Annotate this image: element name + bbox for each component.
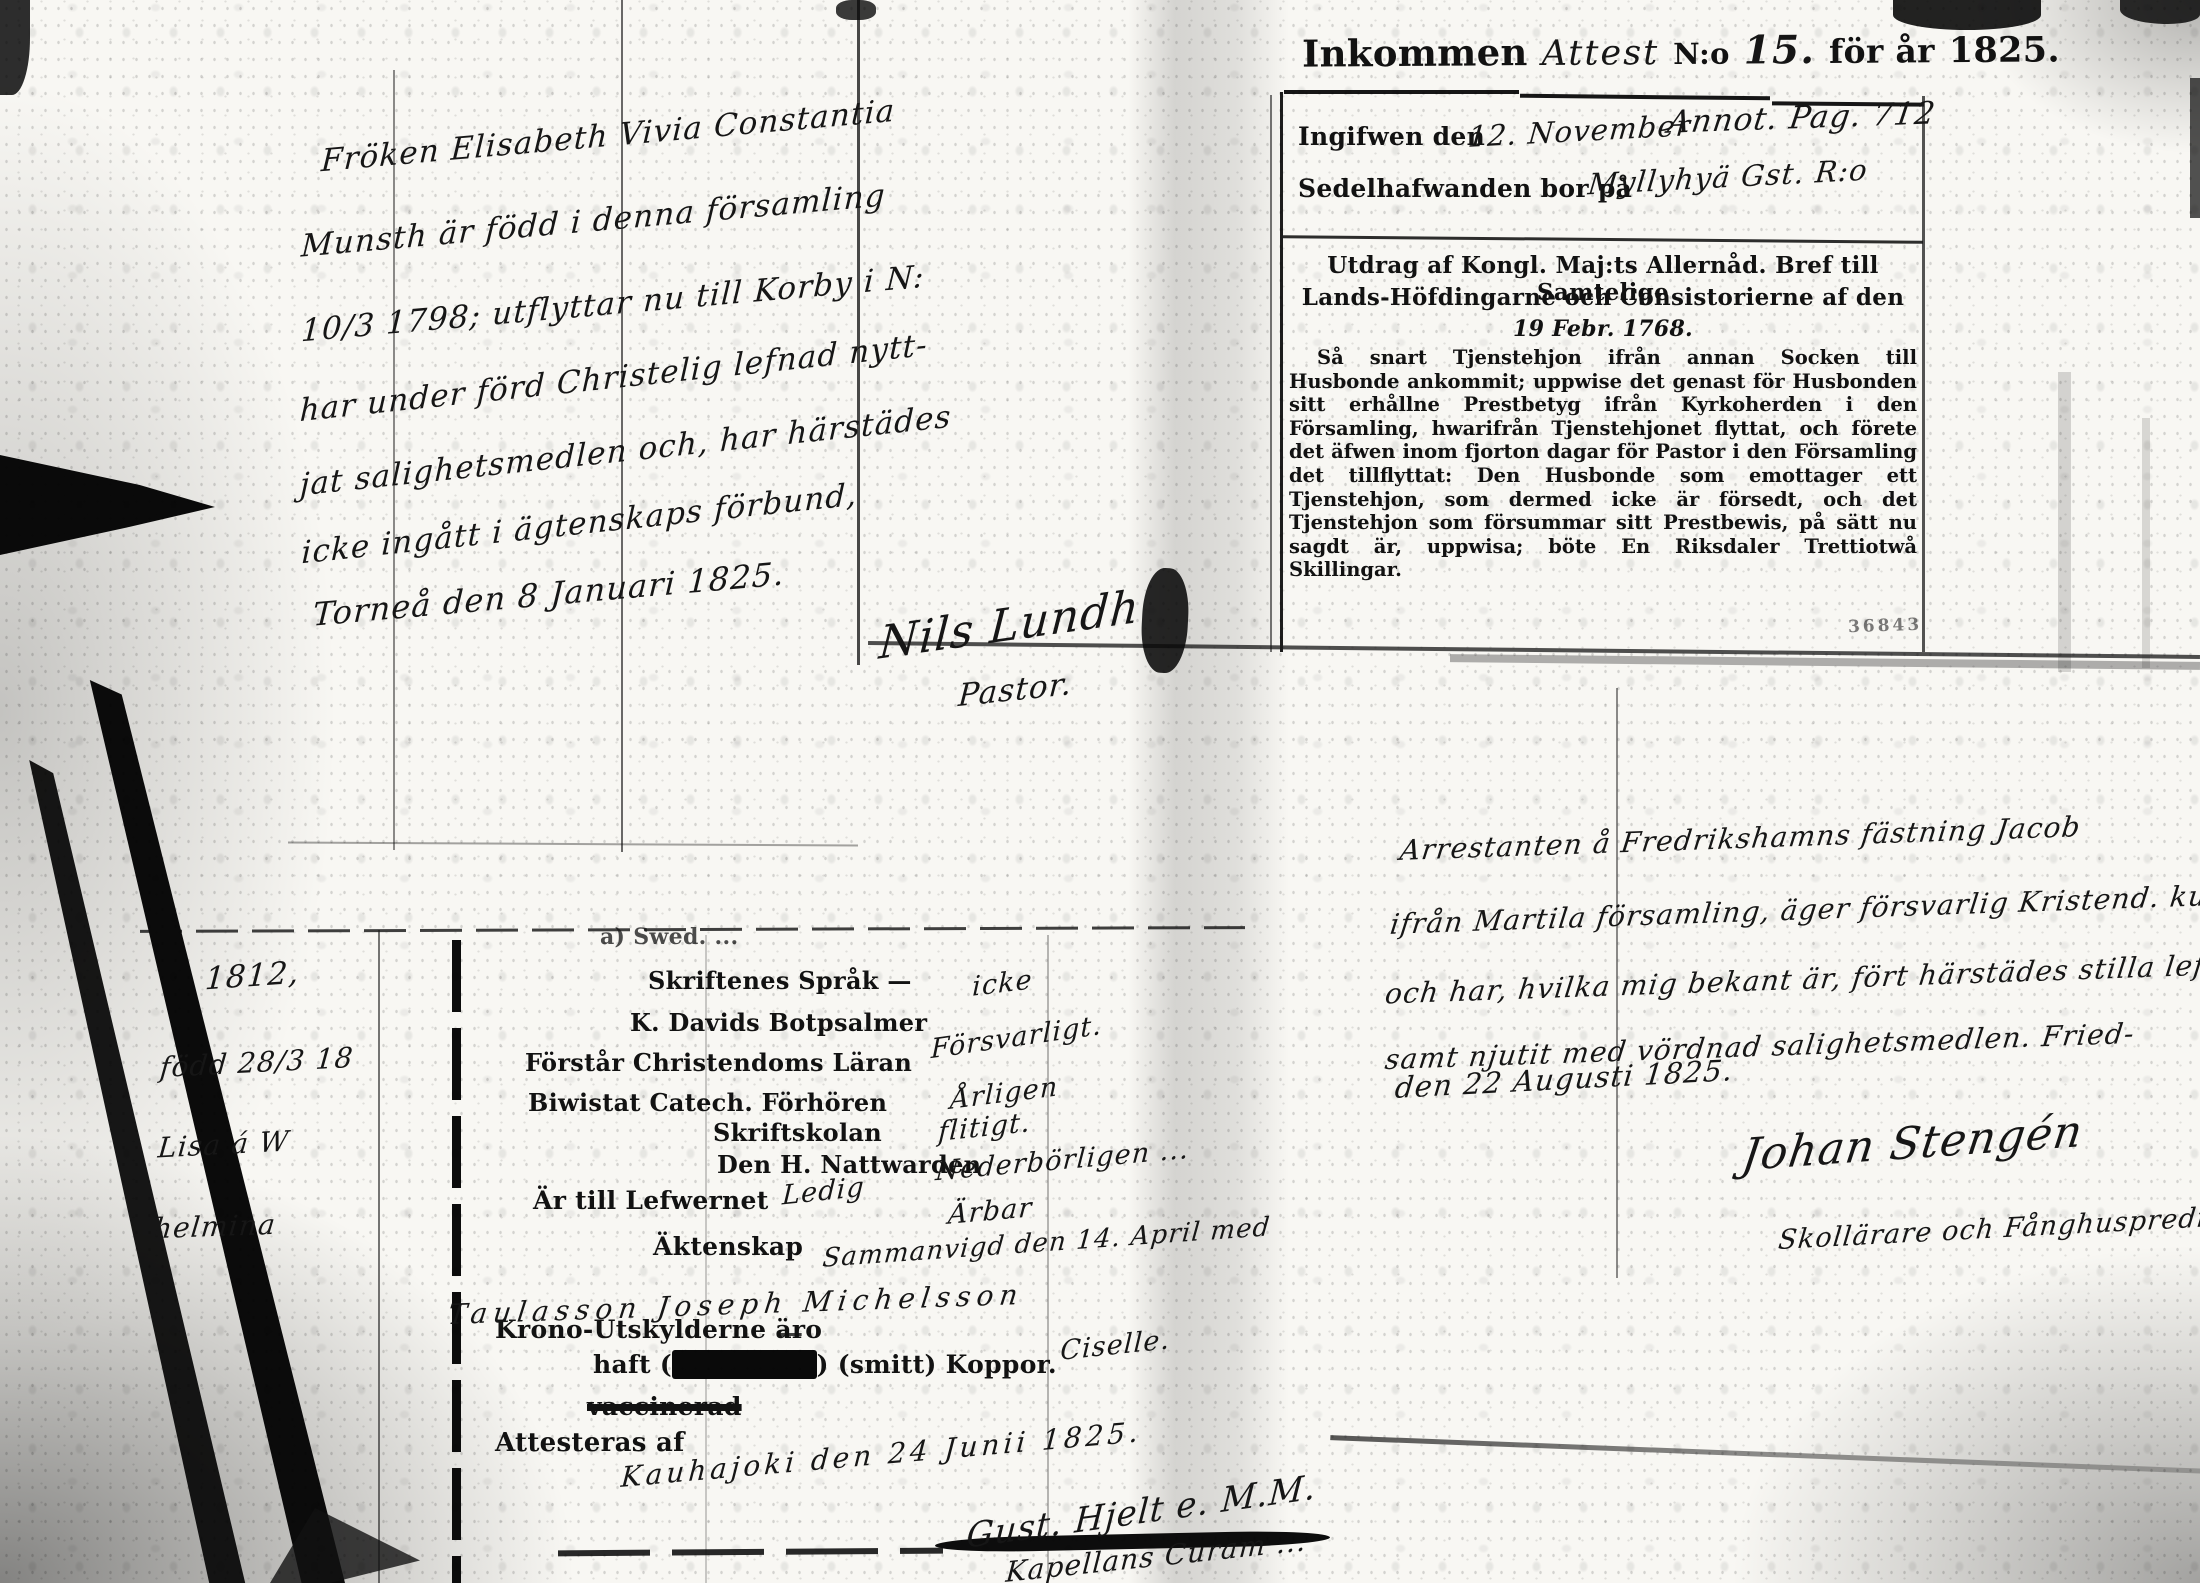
- bottom-dashes: [558, 1548, 943, 1557]
- form-label-pox: haft (naturliga) (smitt) Koppor.: [593, 1350, 1057, 1379]
- answer-taxes: Ciselle.: [1059, 1324, 1171, 1367]
- bearer-value: Myllyhyä Gst. R:o: [1586, 153, 1869, 202]
- attest-box-left: [1280, 92, 1283, 652]
- note-line: Arrestanten å Fredrikshamns fästning Jac…: [1398, 810, 2083, 867]
- extract-heading-2: Lands-Höfdingarne och Consistorierne af …: [1283, 284, 1923, 311]
- right-edge-strip: [2190, 78, 2200, 218]
- margin-note: 1812,: [204, 955, 301, 998]
- bottom-right-fold-line: [1330, 1435, 2200, 1474]
- bearer-label: Sedelhafwanden bor på: [1298, 174, 1632, 203]
- right-edge-smear-2: [2142, 418, 2150, 668]
- answer-doctrine: Försvarligt.: [931, 1010, 1103, 1065]
- stray-number: 36843: [1848, 615, 1923, 638]
- form-label-taxes-dash: —: [778, 1318, 803, 1347]
- form-label-attested: Attesteras af: [495, 1428, 685, 1458]
- form-label-psalms: K. Davids Botpsalmer: [630, 1008, 927, 1037]
- note-line: ifrån Martila församling, äger försvarli…: [1388, 878, 2200, 941]
- letter-bottom-line: [288, 842, 858, 847]
- archival-scan-page: Fröken Elisabeth Vivia Constantia Munsth…: [0, 0, 2200, 1583]
- form-label-confirmation: Skriftskolan: [713, 1118, 882, 1147]
- top-left-corner-mark: [0, 0, 30, 95]
- margin-note: helmina: [152, 1208, 278, 1245]
- form-label-conduct: Är till Lefwernet: [533, 1186, 769, 1215]
- extract-heading-3: 19 Febr. 1768.: [1283, 316, 1923, 342]
- form-dashed-rule: [452, 940, 461, 1583]
- form-label-doctrine: Förstår Christendoms Läran: [525, 1048, 912, 1077]
- attest-title-no-value: 15.: [1743, 27, 1815, 73]
- attest-title-word1: Inkommen: [1302, 30, 1528, 76]
- letter-date-line: Torneå den 8 Januari 1825.: [312, 554, 786, 634]
- answer-attested-place: Kauhajoki den 24 Junii 1825.: [620, 1415, 1143, 1494]
- attest-box-inner-rule: [1283, 235, 1923, 244]
- form-partial-label: a) Swed. ...: [600, 924, 738, 950]
- answer-psalms: icke: [972, 964, 1034, 1003]
- margin-note: Lisa á W: [157, 1124, 291, 1164]
- attest-title-word2: Attest: [1542, 33, 1660, 74]
- top-center-mark: [836, 0, 876, 20]
- pox-label-post: ) (smitt) Koppor.: [817, 1350, 1057, 1379]
- letter-signature-title: Pastor.: [957, 666, 1074, 714]
- form-label-vaccinated: vaccinerad: [587, 1392, 742, 1421]
- note-signature-title: Skollärare och Fånghuspredikant: [1777, 1199, 2200, 1256]
- form-label-marriage: Äktenskap: [653, 1232, 803, 1261]
- pox-label-pre: haft (: [593, 1350, 672, 1379]
- attest-box-top-seg2: [1520, 94, 1770, 101]
- pox-redacted-word: naturliga: [672, 1350, 817, 1379]
- spine-ink-blob: [1139, 567, 1190, 674]
- attest-title-mid: för år: [1829, 31, 1935, 71]
- received-value: 12. November: [1467, 108, 1693, 154]
- left-edge-blob: [0, 455, 215, 555]
- annotation-note: Annot. Pag. 712: [1666, 95, 1939, 141]
- attest-title-no-label: N:o: [1673, 37, 1730, 71]
- right-edge-smear-1: [2058, 372, 2071, 672]
- top-right-blob-2: [2120, 0, 2200, 24]
- letter-signature: Nils Lundh: [877, 579, 1141, 670]
- note-signature: Johan Stengén: [1739, 1106, 2087, 1181]
- attest-box-right: [1922, 96, 1925, 652]
- letter-line: Munsth är född i denna församling: [300, 177, 887, 264]
- attest-box-top-seg1: [1284, 90, 1519, 94]
- attest-title-year: 1825.: [1949, 29, 2060, 71]
- received-label: Ingifwen den: [1298, 122, 1485, 151]
- form-label-catechism: Biwistat Catech. Förhören: [528, 1088, 887, 1117]
- attest-box-left-outer: [1270, 95, 1272, 652]
- form-thin-rule: [378, 930, 380, 1583]
- note-line: och har, hvilka mig bekant är, fört härs…: [1383, 948, 2200, 1010]
- extract-body: Så snart Tjenstehjon ifrån annan Socken …: [1289, 346, 1917, 582]
- answer-conduct-2: Ärbar: [947, 1192, 1034, 1231]
- attest-title: Inkommen Attest N:o 15. för år 1825.: [1302, 25, 2060, 76]
- form-label-language: Skriftenes Språk —: [648, 966, 912, 995]
- letter-line: Fröken Elisabeth Vivia Constantia: [320, 93, 896, 180]
